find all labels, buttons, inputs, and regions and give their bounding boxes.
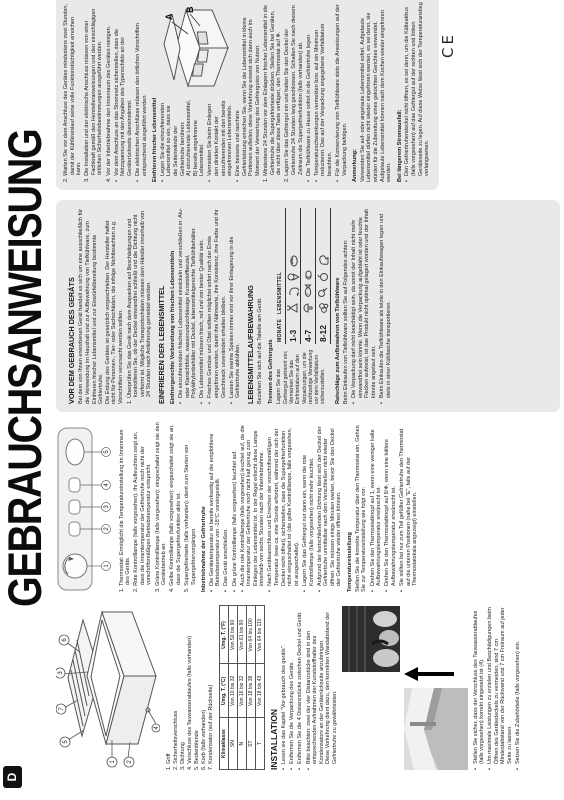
callout-2: 2 [127, 760, 133, 764]
spacer-photos [342, 602, 470, 770]
list-item: Beim Einkaufen die Tiefkühlware als letz… [379, 208, 392, 404]
list-item: Die einzufrierenden frischen Lebensmitte… [178, 208, 198, 404]
list-item: Stellen Sie sicher, dass der Verschluss … [473, 602, 486, 770]
panel-callout-4: 4 [104, 483, 110, 487]
storage-left-note: Lagern Sie das Gefriergut getrennt ein; … [276, 348, 331, 404]
table-row: 4-7 [300, 208, 315, 344]
column-fresh-food: 2. Warten Sie vor dem Anschluss des Gerä… [56, 0, 560, 190]
list-item: Um maximale Leistungen zu erzielen und B… [487, 602, 513, 770]
subsection-startup: Inbetriebnahme der Gefriertruhe [201, 422, 208, 592]
subsection-temperature: Temperatureinstellung [347, 422, 354, 592]
list-item: Die grüne Kontrolllampe (falls vorgesehe… [232, 422, 239, 592]
list-item: Die Gerätetemperatur ist bereits werksei… [209, 422, 222, 592]
green-indicator-lamp [69, 500, 80, 514]
content-columns: 5 7 3 6 1 2 4 1. Griff2. Sicherheitsvers… [56, 10, 560, 770]
panel-callout-5: 5 [104, 450, 110, 454]
list-item: 4. Verschluss des Tauwasserablaufes (fal… [187, 602, 194, 770]
drumstick-icon [317, 286, 329, 298]
callout-6: 6 [62, 638, 68, 642]
fresh-food-panel: 2. Warten Sie vor dem Anschluss des Gerä… [56, 0, 439, 190]
table-row: 1-3 [285, 208, 300, 344]
poultry-icon [317, 254, 329, 267]
list-item: Drehen Sie den Thermostatknopf auf 6/❄, … [384, 422, 397, 592]
freezing-subtitle: Einfriergerechte Vorbereitung von frisch… [170, 208, 177, 404]
fruit-icon [317, 271, 329, 283]
list-item: Für die Konservierung von Tiefkühlware s… [335, 2, 348, 182]
shrimp-icon [287, 286, 299, 298]
freezing-list: Die einzufrierenden frischen Lebensmitte… [178, 208, 242, 404]
language-badge: D [3, 766, 22, 788]
fish-icon [302, 284, 314, 298]
callout-7: 7 [59, 707, 65, 711]
before-use-bullets: Vor dem Anschluss an das Stromnetz siche… [114, 2, 148, 182]
installation-list: Lesen sie das Kapitel "Vor gebrauch des … [281, 602, 338, 770]
chest-freezer-illustration: 5 7 3 6 1 2 4 [56, 602, 160, 770]
list-item: 3. Dichtung [180, 602, 187, 770]
list-item: 1. Thermostat: Ermöglicht die Temperatur… [119, 422, 132, 592]
list-item: Eine bessere und raschere Gefrierleistun… [235, 2, 261, 182]
tips-list: Die Verpackung darf nicht beschädigt sei… [351, 208, 392, 404]
red-indicator-lamp [69, 522, 80, 536]
list-item: Nach Geräteanschluss und Erreichen der v… [267, 422, 300, 592]
column-parts-installation: 5 7 3 6 1 2 4 1. Griff2. Sicherheitsvers… [56, 602, 560, 770]
condenser-closeup-photo [342, 606, 400, 672]
list-item: 7. Kondensator (auf der Rückseite) [208, 602, 215, 770]
list-item: Den Gefriertruhendeckel nicht öffnen, es… [404, 2, 430, 182]
before-use-intro: Bei dem von Ihnen erworbenen Gerät hande… [78, 208, 124, 404]
storage-block: Lagern Sie das Gefriergut getrennt ein; … [276, 208, 331, 404]
table-row: 8-12 [315, 208, 330, 344]
fresh-bullets: Legen Sie die einzufrierenden Lebensmitt… [160, 2, 262, 182]
list-item: 5. Supergefriertaste (falls vorhanden): … [184, 422, 197, 592]
freezer-corner-photo [404, 688, 468, 770]
list-item: Auch die rote Kontrolllampe (falls vorge… [240, 422, 266, 592]
section-title-storage: LEBENSMITTELAUFBEWAHRUNG [247, 208, 255, 404]
list-item: Bitte beachten: zwei der vier Distanzstü… [306, 602, 339, 770]
food-storage-table: MONATE LEBENSMITTEL 1-3 [276, 208, 331, 344]
table-header: Umg. T. (°F) [219, 606, 228, 664]
list-item: 6. Korb (falls vorhanden) [201, 602, 208, 770]
power-failure-title: Bei längerem Stromausfall: [397, 2, 404, 182]
temperature-list: Drehen Sie den Thermostatknopf auf 1, we… [370, 422, 419, 592]
list-item: Die elektrischen Anschlüsse müssen den ö… [135, 2, 148, 182]
storage-subtitle: Beziehen Sie sich auf die Tabelle am Ger… [257, 208, 264, 404]
subsection-fresh-freezing: Einfrieren frischer Lebensmittel [152, 2, 159, 182]
list-item: Entfernen Sie die Verpackung des Geräts. [289, 602, 296, 770]
list-item: 3. Grüne Kontrolllampe (falls vorgesehen… [155, 422, 168, 592]
super-freeze-button [66, 439, 84, 465]
list-item: 2. Rote Kontrolllampe (falls vorgesehen)… [133, 422, 153, 592]
list-item: Lassen Sie warme Speisen immer erst vor … [229, 208, 242, 404]
list-item: Das Gerät anschließen. [223, 422, 230, 592]
list-item: Drehen Sie den Thermostatknopf auf 1, we… [370, 422, 383, 592]
table-header: MONATE [276, 316, 285, 344]
tips-intro: Beim Einkaufen von Tiefkühlware sollten … [343, 208, 350, 404]
control-panel-diagram: 1 2 3 4 5 [56, 422, 117, 592]
power-failure-list: Den Gefriertruhendeckel nicht öffnen, es… [404, 2, 430, 182]
list-item: 4. Vor der Inbetriebnahme den Innenraum … [106, 2, 113, 182]
storage-subtitle-2: Trennen des Gefrierguts [268, 208, 275, 404]
section-title-before-use: VOR DEM GEBRAUCH DES GERÄTS [68, 208, 76, 404]
section-title-installation: INSTALLATION [270, 602, 280, 770]
list-item: 1. Griff [166, 602, 173, 770]
list-item: Die Verpackung darf nicht beschädigt sei… [351, 208, 377, 404]
page-title: GEBRAUCHSANWEISUNG [0, 130, 50, 607]
list-item: Legen Sie die einzufrierenden Lebensmitt… [160, 2, 206, 182]
installation-list-2: Stellen Sie sicher, dass der Verschluss … [473, 602, 522, 770]
temperature-intro: Stellen Sie die korrekte Temperatur über… [355, 422, 368, 592]
parts-list: 1. Griff2. Sicherheitsverschluss3. Dicht… [166, 602, 215, 770]
mushroom-icon [302, 302, 314, 314]
screenshot-root: D GEBRAUCHSANWEISUNG [0, 0, 564, 800]
list-item: Aufgrund der festschließenden Dichtung l… [317, 422, 343, 592]
column-controls: 1 2 3 4 5 1. Thermostat: Ermöglicht die … [56, 422, 560, 592]
list-item: Sie sollten bei nur zum Teil gefüllter G… [399, 422, 419, 592]
list-item: Lesen sie das Kapitel "Vor gebrauch des … [281, 602, 288, 770]
table-header: Umg. T. (°C) [219, 664, 228, 718]
callout-3: 3 [58, 671, 64, 675]
freezer-diagram: 5 7 3 6 1 2 4 [56, 602, 163, 770]
list-item: 2. Sicherheitsverschluss [173, 602, 180, 770]
sausage-icon [302, 269, 314, 281]
table-row: T Von 18 bis 43 Von 64 bis 110 [255, 606, 264, 770]
table-header: LEBENSMITTEL [276, 208, 285, 316]
startup-list: Die Gerätetemperatur ist bereits werksei… [209, 422, 343, 592]
table-row: SN Von 10 bis 32 Von 50 bis 90 [228, 606, 237, 770]
table-row: ST Von 18 bis 38 Von 64 bis 100 [246, 606, 255, 770]
before-use-list: 1. Überprüfen Sie das Gerät nach dem Aus… [127, 208, 153, 404]
controls-list: 1. Thermostat: Ermöglicht die Temperatur… [119, 422, 198, 592]
panel-callout-3: 3 [104, 505, 110, 509]
note-title: Anmerkung: [352, 2, 359, 182]
storage-bullets: Die Tiefkühlware zu Hause sofort in die … [306, 2, 349, 182]
arrow-up-icon [404, 666, 462, 682]
fresh-steps: 1. Mindestens 24 Stunden vor dem Einlage… [263, 2, 304, 182]
list-item: Die Lebensmittel müssen frisch, reif und… [199, 208, 206, 404]
ce-mark: CE [445, 32, 452, 58]
section-title-freezing: EINFRIEREN DER LEBENSMITTEL [158, 208, 166, 404]
callout-5: 5 [63, 740, 69, 744]
list-item: 1. Überprüfen Sie das Gerät nach dem Aus… [127, 208, 153, 404]
thermostat-knob [63, 554, 87, 578]
table-row: N Von 16 bis 32 Von 61 bis 90 [237, 606, 246, 770]
pastry-icon [287, 302, 299, 314]
yellow-indicator-lamp [69, 478, 80, 492]
manual-page: D GEBRAUCHSANWEISUNG [0, 0, 564, 800]
list-item: 2. Lagern Sie das Gefriergut ein und hal… [284, 2, 304, 182]
list-item: Frisches Gemüse und Obst sollten möglich… [207, 208, 227, 404]
list-item: 2. Warten Sie vor dem Anschluss des Gerä… [63, 2, 83, 182]
list-item: 4. Gelbe Kontrolllampe (falls vorgesehen… [169, 422, 182, 592]
list-item: Setzen Sie die Zubehörteile (falls vorge… [515, 602, 522, 770]
list-item: Temperaturschwankungen vermeiden bzw. au… [314, 2, 334, 182]
ice-cream-icon [287, 271, 299, 283]
list-item: 5. Bedienblende [194, 602, 201, 770]
vegetable-icon [317, 302, 329, 314]
panel-callout-2: 2 [104, 527, 110, 531]
column-before-use-food: VOR DEM GEBRAUCH DES GERÄTS Bei dem von … [56, 200, 560, 412]
callout-1: 1 [110, 760, 116, 764]
list-item: 1. Mindestens 24 Stunden vor dem Einlage… [263, 2, 283, 182]
climate-class-table: Klimaklasse Umg. T. (°C) Umg. T. (°F) SN… [219, 605, 265, 770]
list-item: Die Tiefkühlware zu Hause sofort in die … [306, 2, 313, 182]
callout-4: 4 [154, 726, 160, 730]
list-item: Entfernen Sie die 4 Distanzstücke zwisch… [297, 602, 304, 770]
subsection-tips: Ratschläge zum Aufbewahren von Tiefkühlw… [335, 208, 342, 404]
list-item: Lagern Sie das Gefriergut nur dann ein, … [302, 422, 315, 592]
list-item: Vermeiden Sie beim Einlegen den direkten… [207, 2, 233, 182]
control-panel-illustration: 1 2 3 4 5 [56, 424, 114, 592]
table-header: Klimaklasse [219, 718, 228, 770]
before-use-list-2: 2. Warten Sie vor dem Anschluss des Gerä… [63, 2, 112, 182]
note-text: Verwenden Sie auf- oder angetaute Lebens… [360, 2, 393, 182]
panel-callout-1: 1 [104, 564, 110, 568]
list-item: 3. Die Installation und der elektrische … [84, 2, 104, 182]
list-item: Vor dem Anschluss an das Stromnetz siche… [114, 2, 134, 182]
bread-icon [287, 255, 299, 267]
